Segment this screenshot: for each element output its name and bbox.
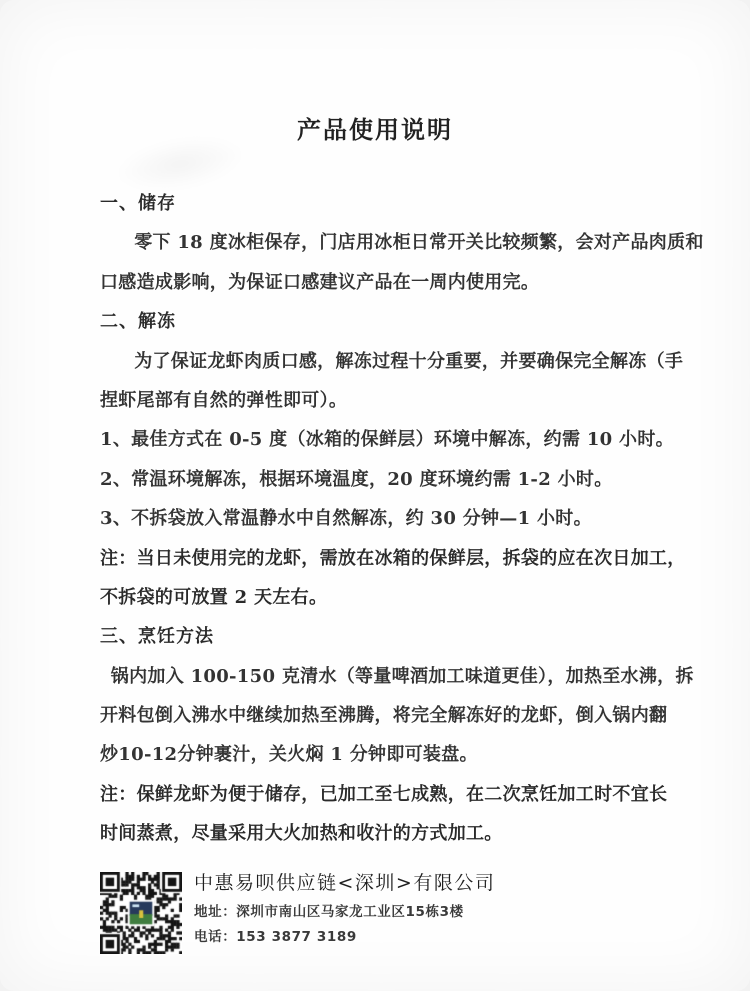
paragraph-line: 为了保证龙虾肉质口感，解冻过程十分重要，并要确保完全解冻（手: [100, 342, 660, 381]
company-name: 中惠易呗供应链<深圳>有限公司: [194, 866, 495, 900]
qr-code-icon: [100, 872, 182, 954]
section-heading-cooking: 三、烹饪方法: [100, 617, 660, 656]
paragraph-line: 零下 18 度冰柜保存，门店用冰柜日常开关比较频繁，会对产品肉质和: [100, 223, 660, 262]
page-title: 产品使用说明: [0, 110, 750, 145]
paragraph-line: 炒10-12分钟裹汁，关火焖 1 分钟即可装盘。: [100, 735, 660, 774]
section-heading-storage: 一、储存: [100, 184, 660, 223]
section-heading-thawing: 二、解冻: [100, 302, 660, 341]
numbered-item-2: 2、常温环境解冻，根据环境温度，20 度环境约需 1-2 小时。: [100, 460, 660, 499]
paragraph-line: 开料包倒入沸水中继续加热至沸腾，将完全解冻好的龙虾，倒入锅内翻: [100, 696, 660, 735]
footer: 中惠易呗供应链<深圳>有限公司 地址：深圳市南山区马家龙工业区15栋3楼 电话：…: [98, 866, 658, 966]
paragraph-line: 锅内加入 100-150 克清水（等量啤酒加工味道更佳），加热至水沸，拆: [100, 657, 660, 696]
note-line: 注：当日未使用完的龙虾，需放在冰箱的保鲜层，拆袋的应在次日加工，: [100, 539, 660, 578]
numbered-item-3: 3、不拆袋放入常温静水中自然解冻，约 30 分钟—1 小时。: [100, 499, 660, 538]
note-line: 时间蒸煮，尽量采用大火加热和收汁的方式加工。: [100, 814, 660, 853]
paragraph-line: 捏虾尾部有自然的弹性即可）。: [100, 381, 660, 420]
document-page: 产品使用说明 一、储存 零下 18 度冰柜保存，门店用冰柜日常开关比较频繁，会对…: [0, 0, 750, 991]
company-address: 地址：深圳市南山区马家龙工业区15栋3楼: [194, 900, 495, 925]
company-phone: 电话：153 3877 3189: [194, 925, 495, 950]
note-line: 注：保鲜龙虾为便于储存，已加工至七成熟，在二次烹饪加工时不宜长: [100, 775, 660, 814]
numbered-item-1: 1、最佳方式在 0-5 度（冰箱的保鲜层）环境中解冻，约需 10 小时。: [100, 420, 660, 459]
footer-text: 中惠易呗供应链<深圳>有限公司 地址：深圳市南山区马家龙工业区15栋3楼 电话：…: [194, 866, 495, 950]
document-body: 一、储存 零下 18 度冰柜保存，门店用冰柜日常开关比较频繁，会对产品肉质和 口…: [100, 184, 660, 854]
note-line: 不拆袋的可放置 2 天左右。: [100, 578, 660, 617]
paragraph-line: 口感造成影响，为保证口感建议产品在一周内使用完。: [100, 263, 660, 302]
